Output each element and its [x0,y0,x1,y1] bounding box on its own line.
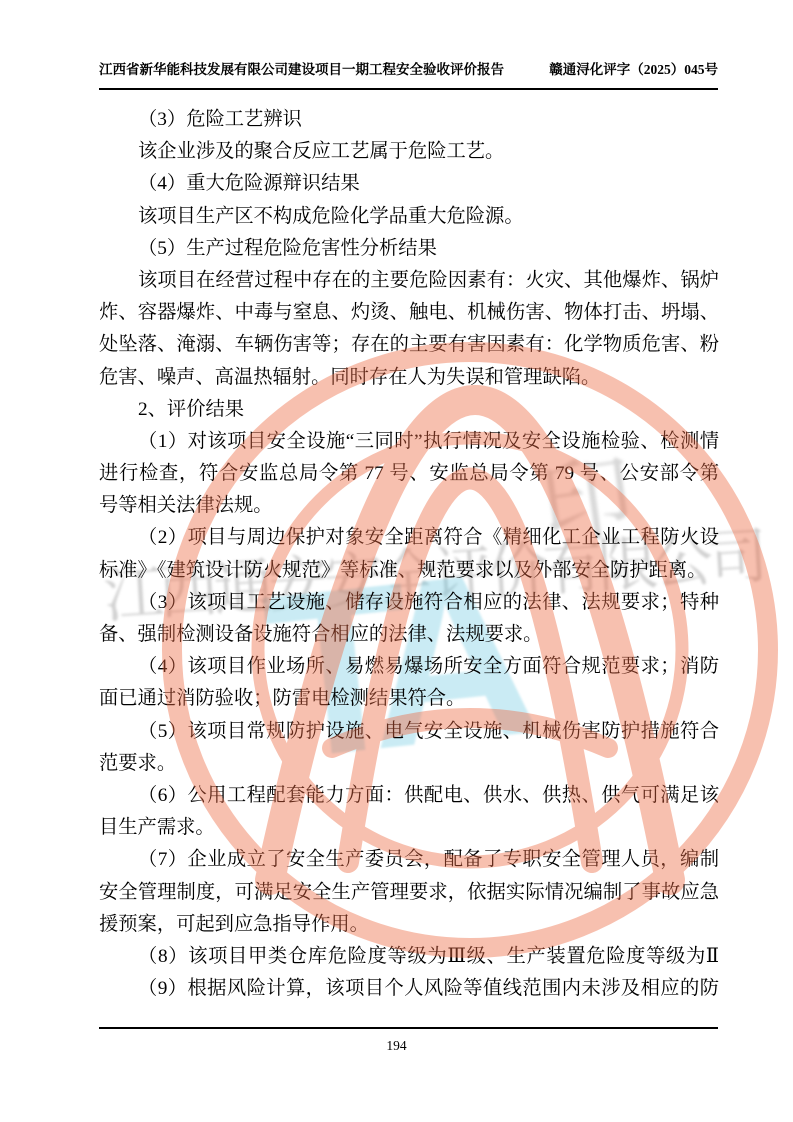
body-text-line: （4）该项目作业场所、易燃易爆场所安全方面符合规范要求；消防方 [99,651,719,683]
body-text-line: 该企业涉及的聚合反应工艺属于危险工艺。 [99,136,719,168]
header-doc-number: 赣通浔化评字（2025）045号 [549,61,718,79]
body-text-line: 安全管理制度，可满足安全生产管理要求，依据实际情况编制了事故应急救 [99,877,719,909]
header-divider [99,88,718,90]
body-text-line: （5）该项目常规防护设施、电气安全设施、机械伤害防护措施符合规 [99,716,719,748]
page-number: 194 [0,1038,793,1054]
body-text-line: 面已通过消防验收；防雷电检测结果符合。 [99,683,719,715]
body-text-line: （6）公用工程配套能力方面：供配电、供水、供热、供气可满足该项 [99,780,719,812]
body-text-line: 处坠落、淹溺、车辆伤害等；存在的主要有害因素有：化学物质危害、粉尘 [99,329,719,361]
body-text-line: （3）危险工艺辨识 [99,104,719,136]
body-text-line: 该项目在经营过程中存在的主要危险因素有：火灾、其他爆炸、锅炉爆 [99,265,719,297]
body-text-line: 目生产需求。 [99,812,719,844]
document-page: 江西省新华能科技发展有限公司建设项目一期工程安全验收评价报告 赣通浔化评字（20… [0,0,793,1122]
body-text-line: （8）该项目甲类仓库危险度等级为Ⅲ级、生产装置危险度等级为Ⅱ级。 [99,941,719,973]
body-text-line: 该项目生产区不构成危险化学品重大危险源。 [99,201,719,233]
body-text-line: 危害、噪声、高温热辐射。同时存在人为失误和管理缺陷。 [99,362,719,394]
header-report-title: 江西省新华能科技发展有限公司建设项目一期工程安全验收评价报告 [99,61,504,79]
body-text-line: （1）对该项目安全设施“三同时”执行情况及安全设施检验、检测情况 [99,426,719,458]
body-text-line: （5）生产过程危险危害性分析结果 [99,233,719,265]
page-header: 江西省新华能科技发展有限公司建设项目一期工程安全验收评价报告 赣通浔化评字（20… [99,61,718,79]
body-text-line: 范要求。 [99,748,719,780]
body-text-line: （9）根据风险计算，该项目个人风险等值线范围内未涉及相应的防护 [99,973,719,1005]
body-text-line: 炸、容器爆炸、中毒与窒息、灼烫、触电、机械伤害、物体打击、坍塌、高 [99,297,719,329]
body-text-line: 2、评价结果 [99,394,719,426]
body-text-line: 标准》《建筑设计防火规范》等标准、规范要求以及外部安全防护距离。 [99,555,719,587]
body-text-line: （4）重大危险源辩识结果 [99,168,719,200]
body-text-line: 号等相关法律法规。 [99,490,719,522]
document-body: （3）危险工艺辨识该企业涉及的聚合反应工艺属于危险工艺。（4）重大危险源辩识结果… [99,104,719,1005]
body-text-line: （7）企业成立了安全生产委员会，配备了专职安全管理人员，编制了 [99,844,719,876]
body-text-line: （3）该项目工艺设施、储存设施符合相应的法律、法规要求；特种设 [99,587,719,619]
footer-divider [99,1027,718,1029]
body-text-line: 备、强制检测设备设施符合相应的法律、法规要求。 [99,619,719,651]
body-text-line: （2）项目与周边保护对象安全距离符合《精细化工企业工程防火设计 [99,522,719,554]
body-text-line: 援预案，可起到应急指导作用。 [99,909,719,941]
body-text-line: 进行检查，符合安监总局令第 77 号、安监总局令第 79 号、公安部令第 106 [99,458,719,490]
